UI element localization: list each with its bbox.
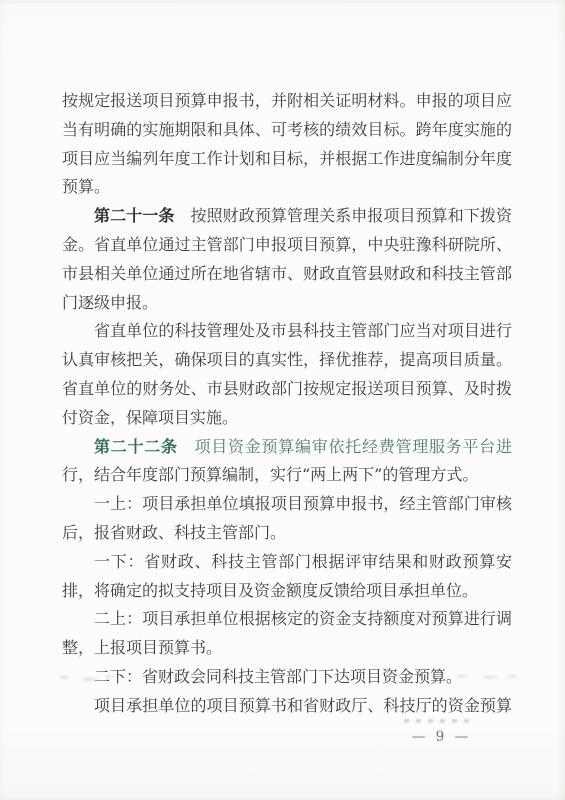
text-line: 行，结合年度部门预算编制，实行“两上两下”的管理方式。 (62, 461, 512, 490)
page-number: — 9 — (412, 729, 471, 745)
text-line: 预算。 (62, 173, 512, 202)
text-line: 第二十一条 按照财政预算管理关系申报项目预算和下拨资 (62, 202, 512, 231)
text-line: 省直单位的科技管理处及市县科技主管部门应当对项目进行 (62, 317, 512, 346)
text-run: 省直单位的财务处、市县财政部门按规定报送项目预算、及时拨 (62, 379, 512, 398)
text-run (178, 437, 195, 456)
text-run: 省直单位的科技管理处及市县科技主管部门应当对项目进行 (94, 321, 512, 340)
text-line: 排，将确定的拟支持项目及资金额度反馈给项目承担单位。 (62, 577, 512, 606)
text-run: 后，报省财政、科技主管部门。 (62, 523, 286, 542)
text-run: 门逐级申报。 (62, 293, 158, 312)
text-line: 后，报省财政、科技主管部门。 (62, 519, 512, 548)
text-line: 项目承担单位的项目预算书和省财政厅、科技厅的资金预算 (62, 692, 512, 721)
text-run: 一下：省财政、科技主管部门根据评审结果和财政预算安 (94, 552, 512, 571)
text-line: 第二十二条 项目资金预算编审依托经费管理服务平台进 (62, 433, 512, 462)
text-run: 二上：项目承担单位根据核定的资金支持额度对预算进行调 (94, 609, 512, 628)
text-line: 二下：省财政会同科技主管部门下达项目资金预算。 (62, 663, 512, 692)
text-line: 整，上报项目预算书。 (62, 634, 512, 663)
text-run: 第二十二条 (94, 437, 178, 456)
scan-edge-artifact (0, 2, 565, 3)
text-run: 市县相关单位通过所在地省辖市、财政直管县财政和科技主管部 (62, 264, 512, 283)
document-page: 按规定报送项目预算申报书，并附相关证明材料。申报的项目应当有明确的实施期限和具体… (0, 0, 565, 800)
text-run: 按照财政预算管理关系申报项目预算和下拨资 (191, 206, 513, 225)
text-line: 项目应当编列年度工作计划和目标，并根据工作进度编制分年度 (62, 145, 512, 174)
text-line: 当有明确的实施期限和具体、可考核的绩效目标。跨年度实施的 (62, 116, 512, 145)
text-run: 按规定报送项目预算申报书，并附相关证明材料。申报的项目应 (62, 91, 512, 110)
text-line: 二上：项目承担单位根据核定的资金支持额度对预算进行调 (62, 605, 512, 634)
text-run: 认真审核把关，确保项目的真实性，择优推荐，提高项目质量。 (62, 350, 512, 369)
text-run: 项目资金预算编审依托经费管理服务平台进 (195, 437, 512, 456)
text-run (174, 206, 190, 225)
text-line: 金。省直单位通过主管部门申报项目预算，中央驻豫科研院所、 (62, 231, 512, 260)
text-run: 当有明确的实施期限和具体、可考核的绩效目标。跨年度实施的 (62, 120, 512, 139)
text-run: 项目承担单位的项目预算书和省财政厅、科技厅的资金预算 (94, 696, 512, 715)
text-run: 行，结合年度部门预算编制，实行“两上两下”的管理方式。 (62, 465, 478, 484)
text-line: 一上：项目承担单位填报项目预算申报书，经主管部门审核 (62, 490, 512, 519)
text-line: 按规定报送项目预算申报书，并附相关证明材料。申报的项目应 (62, 87, 512, 116)
text-run: 预算。 (62, 177, 110, 196)
text-run: 一上：项目承担单位填报项目预算申报书，经主管部门审核 (94, 494, 512, 513)
text-line: 门逐级申报。 (62, 289, 512, 318)
text-run: 排，将确定的拟支持项目及资金额度反馈给项目承担单位。 (62, 581, 478, 600)
document-text: 按规定报送项目预算申报书，并附相关证明材料。申报的项目应当有明确的实施期限和具体… (62, 87, 512, 721)
text-run: 整，上报项目预算书。 (62, 638, 222, 657)
text-line: 省直单位的财务处、市县财政部门按规定报送项目预算、及时拨 (62, 375, 512, 404)
text-run: 金。省直单位通过主管部门申报项目预算，中央驻豫科研院所、 (62, 235, 512, 254)
text-run: 二下：省财政会同科技主管部门下达项目资金预算。 (94, 667, 462, 686)
text-run: 项目应当编列年度工作计划和目标，并根据工作进度编制分年度 (62, 149, 512, 168)
text-line: 市县相关单位通过所在地省辖市、财政直管县财政和科技主管部 (62, 260, 512, 289)
text-run: 第二十一条 (94, 206, 174, 225)
text-line: 认真审核把关，确保项目的真实性，择优推荐，提高项目质量。 (62, 346, 512, 375)
text-line: 一下：省财政、科技主管部门根据评审结果和财政预算安 (62, 548, 512, 577)
text-line: 付资金，保障项目实施。 (62, 404, 512, 433)
text-run: 付资金，保障项目实施。 (62, 408, 238, 427)
